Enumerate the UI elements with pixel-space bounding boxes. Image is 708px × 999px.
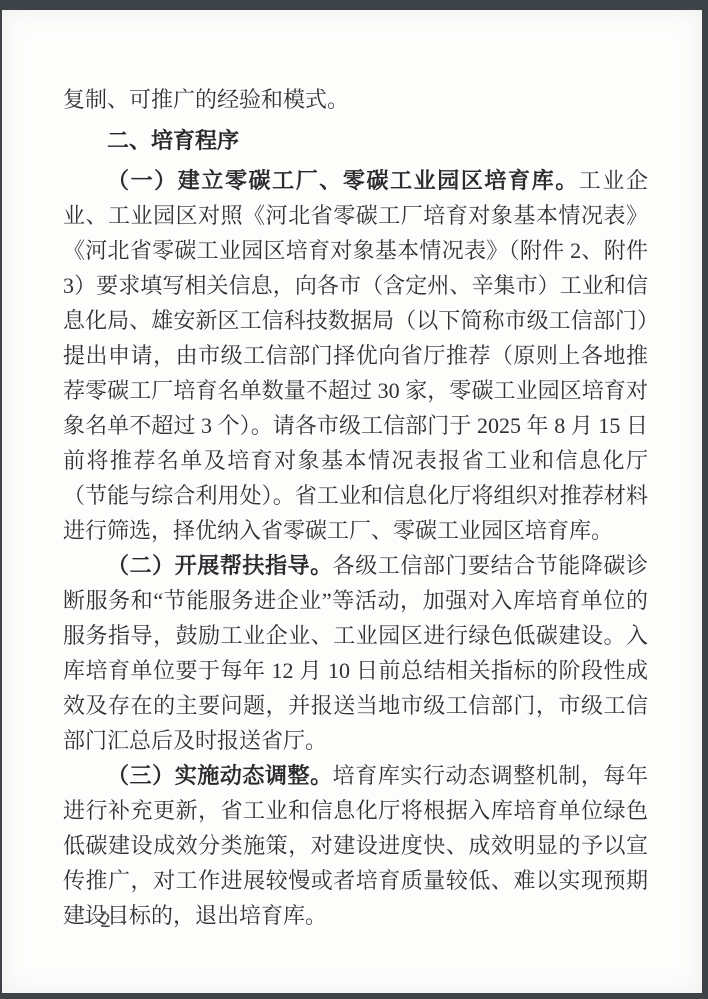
paragraph-lead-1: （一）建立零碳工厂、零碳工业园区培育库。 bbox=[107, 168, 579, 193]
paragraph-lead-3: （三）实施动态调整。 bbox=[107, 763, 333, 788]
paragraph-item-2: （二）开展帮扶指导。各级工信部门要结合节能降碳诊断服务和“节能服务进企业”等活动… bbox=[63, 548, 648, 758]
paragraph-item-1: （一）建立零碳工厂、零碳工业园区培育库。工业企业、工业园区对照《河北省零碳工厂培… bbox=[63, 163, 648, 548]
page-number: - 2 - bbox=[84, 903, 129, 938]
paragraph-text-1: 工业企业、工业园区对照《河北省零碳工厂培育对象基本情况表》《河北省零碳工业园区培… bbox=[63, 168, 648, 543]
scanned-document-frame: 复制、可推广的经验和模式。 二、培育程序 （一）建立零碳工厂、零碳工业园区培育库… bbox=[0, 0, 708, 999]
section-heading: 二、培育程序 bbox=[63, 123, 648, 158]
paragraph-text-2: 各级工信部门要结合节能降碳诊断服务和“节能服务进企业”等活动，加强对入库培育单位… bbox=[63, 553, 648, 753]
paragraph-item-3: （三）实施动态调整。培育库实行动态调整机制，每年进行补充更新，省工业和信息化厅将… bbox=[63, 758, 648, 933]
document-page: 复制、可推广的经验和模式。 二、培育程序 （一）建立零碳工厂、零碳工业园区培育库… bbox=[2, 10, 702, 993]
paragraph-lead-2: （二）开展帮扶指导。 bbox=[107, 553, 333, 578]
paragraph-continuation: 复制、可推广的经验和模式。 bbox=[63, 82, 648, 117]
